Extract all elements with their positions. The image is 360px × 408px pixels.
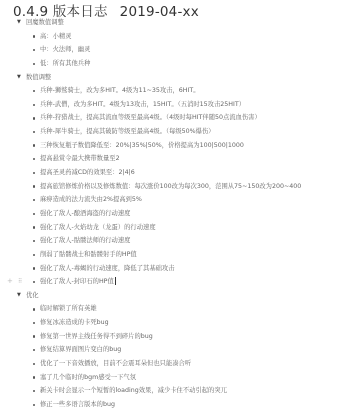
bullet-icon bbox=[33, 63, 35, 65]
bullet-icon bbox=[33, 390, 35, 392]
bullet-icon bbox=[33, 104, 35, 106]
list-item-text: 塞了几个临时的bgm感受一下气氛 bbox=[40, 371, 136, 385]
bullet-icon bbox=[33, 308, 35, 310]
bullet-icon bbox=[33, 376, 35, 378]
list-item[interactable]: 新关卡时会显示一个短暂的loading效果，减少卡住不动引起的突兀 bbox=[0, 384, 360, 398]
list-item[interactable]: 兵种-犀牛骑士，提高其破防等级至最高4级。（每级50%爆伤） bbox=[0, 125, 360, 139]
list-item-text: 修正一些多语言版本的bug bbox=[40, 398, 115, 408]
section-title: 数值调整 bbox=[26, 71, 51, 85]
section-heading[interactable]: ▼ 回魔数值调整 bbox=[0, 16, 360, 30]
bullet-icon bbox=[33, 131, 35, 133]
list-item[interactable]: 强化了敌人-骷髅法师的行动速度 bbox=[0, 234, 360, 248]
list-item[interactable]: 临时解锁了所有英雄 bbox=[0, 302, 360, 316]
list-item-text: 强化了敌人-骷髅法师的行动速度 bbox=[40, 234, 130, 248]
list-item-text: 高：小精灵 bbox=[40, 30, 71, 44]
text-cursor bbox=[115, 277, 116, 285]
list-item-text: 兵种-武僧，改为多HIT。4级为13攻击，15HIT。（五消时15攻击25HIT… bbox=[40, 98, 245, 112]
list-item[interactable]: 修复冰冻造成的卡死bug bbox=[0, 316, 360, 330]
bullet-icon bbox=[33, 335, 35, 337]
bullet-icon bbox=[33, 213, 35, 215]
list-item[interactable]: 中：火法师，幽灵 bbox=[0, 43, 360, 57]
list-item-text: 强化了敌人-酿酒海盗的行动速度 bbox=[40, 207, 130, 221]
list-item[interactable]: 削弱了骷髅战士和骷髅射手的HP值 bbox=[0, 248, 360, 262]
list-item-text: 麻痹造成的法力流失由2%提高到5% bbox=[40, 193, 142, 207]
bullet-icon bbox=[33, 90, 35, 92]
list-item-text: 三种恢复瓶子数值降低至：20%|35%|50%，价格提高为100|500|100… bbox=[40, 139, 244, 153]
list-item[interactable]: 麻痹造成的法力流失由2%提高到5% bbox=[0, 193, 360, 207]
list-item-active[interactable]: +⠿ 强化了敌人-封印石的HP值 bbox=[0, 275, 360, 289]
list-item-text: 强化了敌人-火焰幼龙（龙蛋）的行动速度 bbox=[40, 221, 156, 235]
list-item-text: 修复冰冻造成的卡死bug bbox=[40, 316, 109, 330]
list-item[interactable]: 优化了一下音效播放，目前不会震耳朵但也只能凑合听 bbox=[0, 357, 360, 371]
list-item-text: 中：火法师，幽灵 bbox=[40, 43, 90, 57]
list-item-text: 优化了一下音效播放，目前不会震耳朵但也只能凑合听 bbox=[40, 357, 191, 371]
list-item[interactable]: 高：小精灵 bbox=[0, 30, 360, 44]
list-item-text[interactable]: 强化了敌人-封印石的HP值 bbox=[40, 275, 116, 289]
bullet-icon bbox=[33, 144, 35, 146]
list-item-text: 新关卡时会显示一个短暂的loading效果，减少卡住不动引起的突兀 bbox=[40, 384, 227, 398]
section-title: 回魔数值调整 bbox=[26, 16, 64, 30]
bullet-icon bbox=[33, 322, 35, 324]
list-item[interactable]: 修复结算界面图片变白的bug bbox=[0, 343, 360, 357]
list-item[interactable]: 强化了敌人-毒蝎的行动速度，降低了其基础攻击 bbox=[0, 262, 360, 276]
section-title: 优化 bbox=[26, 289, 39, 303]
collapse-triangle-icon[interactable]: ▼ bbox=[17, 16, 21, 30]
list-item[interactable]: 兵种-狩猎战士，提高其流血等级至最高4级。（4级时每HIT伴随50点流血伤害） bbox=[0, 111, 360, 125]
list-item[interactable]: 三种恢复瓶子数值降低至：20%|35%|50%，价格提高为100|500|100… bbox=[0, 139, 360, 153]
list-item[interactable]: 修复第一世界主线任务得不到碎片的bug bbox=[0, 330, 360, 344]
list-item[interactable]: 兵种-武僧，改为多HIT。4级为13攻击，15HIT。（五消时15攻击25HIT… bbox=[0, 98, 360, 112]
list-item-text: 兵种-狩猎战士，提高其流血等级至最高4级。（4级时每HIT伴随50点流血伤害） bbox=[40, 111, 261, 125]
list-item[interactable]: 强化了敌人-火焰幼龙（龙蛋）的行动速度 bbox=[0, 221, 360, 235]
list-item-text: 兵种-狮鹫骑士，改为多HIT。4级为11~35攻击，6HIT。 bbox=[40, 84, 200, 98]
bullet-icon bbox=[33, 267, 35, 269]
list-item-text: 削弱了骷髅战士和骷髅射手的HP值 bbox=[40, 248, 137, 262]
bullet-icon bbox=[33, 281, 35, 283]
bullet-icon bbox=[33, 49, 35, 51]
bullet-icon bbox=[33, 35, 35, 37]
list-item-text: 强化了敌人-毒蝎的行动速度，降低了其基础攻击 bbox=[40, 262, 175, 276]
list-item[interactable]: 塞了几个临时的bgm感受一下气氛 bbox=[0, 371, 360, 385]
list-item[interactable]: 提高圣灵药减CD的效果至：2|4|6 bbox=[0, 166, 360, 180]
collapse-triangle-icon[interactable]: ▼ bbox=[17, 289, 21, 303]
bullet-icon bbox=[33, 349, 35, 351]
list-item-text: 修复第一世界主线任务得不到碎片的bug bbox=[40, 330, 153, 344]
drag-handle-icon[interactable]: ⠿ bbox=[18, 278, 22, 285]
list-item[interactable]: 提高悬赏令最大携带数量至2 bbox=[0, 152, 360, 166]
list-item-text: 修复结算界面图片变白的bug bbox=[40, 343, 121, 357]
list-item-text: 提高旅馆修炼价格以及修炼数值：每次涨价100改为每次300，范围从75~150改… bbox=[40, 180, 301, 194]
list-item-text: 低：所有其他兵种 bbox=[40, 57, 90, 71]
list-item[interactable]: 兵种-狮鹫骑士，改为多HIT。4级为11~35攻击，6HIT。 bbox=[0, 84, 360, 98]
bullet-icon bbox=[33, 199, 35, 201]
bullet-icon bbox=[33, 158, 35, 160]
list-item[interactable]: 低：所有其他兵种 bbox=[0, 57, 360, 71]
row-gutter: +⠿ bbox=[7, 275, 22, 289]
bullet-icon bbox=[33, 363, 35, 365]
list-item[interactable]: 提高旅馆修炼价格以及修炼数值：每次涨价100改为每次300，范围从75~150改… bbox=[0, 180, 360, 194]
bullet-icon bbox=[33, 185, 35, 187]
list-item-text: 兵种-犀牛骑士，提高其破防等级至最高4级。（每级50%爆伤） bbox=[40, 125, 215, 139]
bullet-icon bbox=[33, 404, 35, 406]
list-item-text: 提高圣灵药减CD的效果至：2|4|6 bbox=[40, 166, 135, 180]
add-block-icon[interactable]: + bbox=[7, 277, 13, 285]
list-item-text: 临时解锁了所有英雄 bbox=[40, 302, 97, 316]
bullet-icon bbox=[33, 226, 35, 228]
list-item[interactable]: 修正一些多语言版本的bug bbox=[0, 398, 360, 408]
collapse-triangle-icon[interactable]: ▼ bbox=[17, 71, 21, 85]
bullet-icon bbox=[33, 254, 35, 256]
bullet-icon bbox=[33, 240, 35, 242]
list-item-text: 提高悬赏令最大携带数量至2 bbox=[40, 152, 120, 166]
bullet-icon bbox=[33, 117, 35, 119]
outline: ▼ 回魔数值调整 高：小精灵 中：火法师，幽灵 低：所有其他兵种 ▼ 数值调整 … bbox=[0, 16, 360, 408]
list-item[interactable]: 强化了敌人-酿酒海盗的行动速度 bbox=[0, 207, 360, 221]
section-heading[interactable]: ▼ 数值调整 bbox=[0, 71, 360, 85]
section-heading[interactable]: ▼ 优化 bbox=[0, 289, 360, 303]
bullet-icon bbox=[33, 172, 35, 174]
